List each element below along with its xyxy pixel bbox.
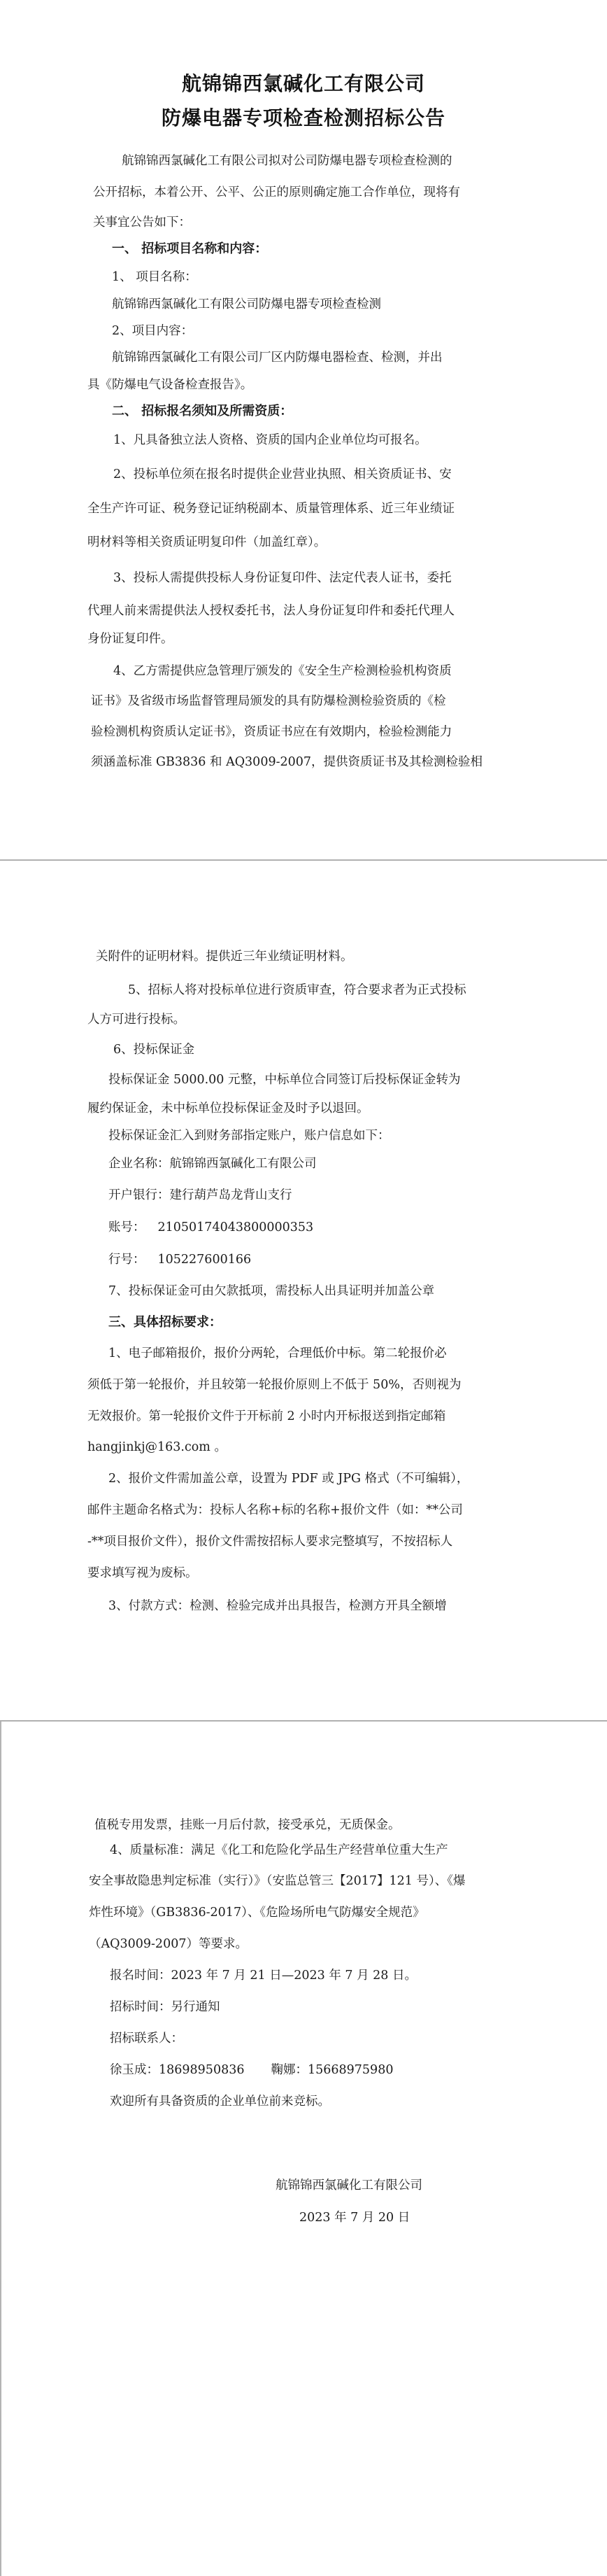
section-3-item-4-line-4: （AQ3009-2007）等要求。: [89, 1936, 248, 1952]
section-3-item-4-line-1: 4、质量标准：满足《化工和危险化学品生产经营单位重大生产: [110, 1842, 448, 1859]
section-2-item-4-line-1: 4、乙方需提供应急管理厅颁发的《安全生产检测检验机构资质: [113, 663, 452, 680]
section-2-item-5-line-1: 5、招标人将对投标单位进行资质审查，符合要求者为正式投标: [128, 982, 466, 999]
account-bank-code: 行号：105227600166: [108, 1251, 251, 1268]
signature-date: 2023 年 7 月 20 日: [299, 2209, 410, 2226]
section-1-item-2-value-1: 航锦锦西氯碱化工有限公司厂区内防爆电器检查、检测，并出: [112, 349, 443, 366]
section-2-item-4-line-5: 关附件的证明材料。提供近三年业绩证明材料。: [96, 948, 353, 965]
section-1-item-1-value: 航锦锦西氯碱化工有限公司防爆电器专项检查检测: [112, 296, 381, 313]
section-3-item-4-line-2: 安全事故隐患判定标准（实行）》（安监总管三【2017】121 号）、《爆: [89, 1873, 466, 1889]
section-3-item-1-line-1: 1、电子邮箱报价，报价分两轮，合理低价中标。第二轮报价必: [108, 1345, 447, 1362]
document-title-notice: 防爆电器专项检查检测招标公告: [0, 104, 607, 132]
account-company-label: 企业名称：: [108, 1157, 170, 1171]
section-2-item-3-line-3: 身份证复印件。: [87, 631, 173, 647]
section-3-item-3-line-2: 值税专用发票，挂账一月后付款，接受承兑，无质保金。: [94, 1817, 401, 1834]
section-2-item-6-label: 6、投标保证金: [113, 1041, 194, 1058]
intro-line-1: 航锦锦西氯碱化工有限公司拟对公司防爆电器专项检查检测的: [122, 153, 452, 169]
email-link[interactable]: hangjinkj@163.com 。: [87, 1439, 227, 1456]
section-2-heading: 二、 招标报名须知及所需资质：: [112, 403, 292, 420]
section-2-item-5-line-2: 人方可进行投标。: [87, 1011, 185, 1028]
intro-line-2: 公开招标，本着公开、公平、公正的原则确定施工合作单位，现将有: [93, 184, 460, 201]
section-3-item-1-line-3: 无效报价。第一轮报价文件于开标前 2 小时内开标报送到指定邮箱: [87, 1408, 445, 1425]
deposit-line-1: 投标保证金 5000.00 元整，中标单位合同签订后投标保证金转为: [108, 1071, 461, 1088]
document-title-company: 航锦锦西氯碱化工有限公司: [0, 70, 607, 98]
contact-2: 鞠娜：15668975980: [271, 2063, 393, 2077]
deposit-line-2: 履约保证金，未中标单位投标保证金及时予以退回。: [87, 1100, 369, 1117]
document-page-1: 航锦锦西氯碱化工有限公司 防爆电器专项检查检测招标公告 航锦锦西氯碱化工有限公司…: [0, 0, 607, 859]
account-bank: 开户银行：建行葫芦岛龙背山支行: [108, 1187, 292, 1204]
section-1-item-2-value-2: 具《防爆电气设备检查报告》。: [87, 376, 252, 393]
section-3-item-2-line-3: -**项目报价文件），报价文件需按招标人要求完整填写，不按招标人: [87, 1533, 452, 1550]
account-bank-code-label: 行号：: [108, 1253, 145, 1267]
account-number-value: 21050174043800000353: [158, 1220, 314, 1234]
section-3-item-2-line-1: 2、报价文件需加盖公章，设置为 PDF 或 JPG 格式（不可编辑），: [108, 1470, 469, 1487]
account-bank-label: 开户银行：: [108, 1188, 170, 1202]
section-2-item-2-line-3: 明材料等相关资质证明复印件（加盖红章）。: [87, 534, 326, 551]
account-company-value: 航锦锦西氯碱化工有限公司: [170, 1157, 317, 1171]
section-2-item-2-line-2: 全生产许可证、税务登记证纳税副本、质量管理体系、近三年业绩证: [87, 500, 455, 517]
contact-row: 徐玉成：18698950836鞠娜：15668975980: [110, 2062, 393, 2078]
intro-line-3: 关事宜公告如下：: [93, 214, 191, 231]
section-2-item-4-line-2: 证书》及省级市场监督管理局颁发的具有防爆检测检验资质的《检: [91, 693, 446, 710]
welcome-text: 欢迎所有具备资质的企业单位前来竞标。: [110, 2093, 330, 2110]
account-number: 账号：21050174043800000353: [108, 1219, 313, 1236]
section-3-heading: 三、具体招标要求：: [108, 1314, 222, 1331]
section-1-item-1-label: 1、 项目名称：: [112, 269, 197, 286]
section-3-item-3-line-1: 3、付款方式：检测、检验完成并出具报告，检测方开具全额增: [108, 1598, 447, 1614]
account-number-label: 账号：: [108, 1220, 145, 1234]
account-bank-code-value: 105227600166: [158, 1253, 252, 1267]
section-3-item-4-line-3: 炸性环境》（GB3836-2017）、《危险场所电气防爆安全规范》: [89, 1904, 425, 1921]
deposit-line-3: 投标保证金汇入到财务部指定账户，账户信息如下：: [108, 1127, 390, 1144]
section-2-item-4-line-3: 验检测机构资质认定证书》，资质证书应在有效期内，检验检测能力: [91, 724, 452, 740]
contact-label: 招标联系人：: [110, 2030, 183, 2047]
section-1-heading: 一、 招标项目名称和内容：: [112, 241, 267, 258]
account-bank-value: 建行葫芦岛龙背山支行: [170, 1188, 292, 1202]
section-1-item-2-label: 2、项目内容：: [112, 323, 193, 339]
section-2-item-4-line-4: 须涵盖标准 GB3836 和 AQ3009-2007，提供资质证书及其检测检验相: [91, 754, 483, 770]
section-2-item-1: 1、凡具备独立法人资格、资质的国内企业单位均可报名。: [113, 432, 427, 449]
section-3-item-2-line-2: 邮件主题命名格式为：投标人名称+标的名称+报价文件（如：**公司: [87, 1502, 463, 1519]
section-2-item-3-line-1: 3、投标人需提供投标人身份证复印件、法定代表人证书，委托: [113, 570, 452, 586]
document-page-3: 值税专用发票，挂账一月后付款，接受承兑，无质保金。 4、质量标准：满足《化工和危…: [0, 1722, 607, 2576]
section-2-item-2-line-1: 2、投标单位须在报名时提供企业营业执照、相关资质证书、安: [113, 466, 452, 483]
signature-company: 航锦锦西氯碱化工有限公司: [276, 2177, 422, 2194]
section-2-item-3-line-2: 代理人前来需提供法人授权委托书，法人身份证复印件和委托代理人: [87, 603, 455, 619]
section-2-item-7: 7、投标保证金可由欠款抵项，需投标人出具证明并加盖公章: [108, 1283, 434, 1300]
section-3-item-2-line-4: 要求填写视为废标。: [87, 1565, 198, 1582]
registration-time: 报名时间：2023 年 7 月 21 日—2023 年 7 月 28 日。: [110, 1967, 417, 1984]
section-3-item-1-line-2: 须低于第一轮报价，并且较第一轮报价原则上不低于 50%，否则视为: [87, 1377, 461, 1393]
bidding-time: 招标时间：另行通知: [110, 1999, 220, 2015]
contact-1: 徐玉成：18698950836: [110, 2063, 244, 2077]
document-page-2: 关附件的证明材料。提供近三年业绩证明材料。 5、招标人将对投标单位进行资质审查，…: [0, 861, 607, 1720]
account-company: 企业名称：航锦锦西氯碱化工有限公司: [108, 1155, 317, 1172]
